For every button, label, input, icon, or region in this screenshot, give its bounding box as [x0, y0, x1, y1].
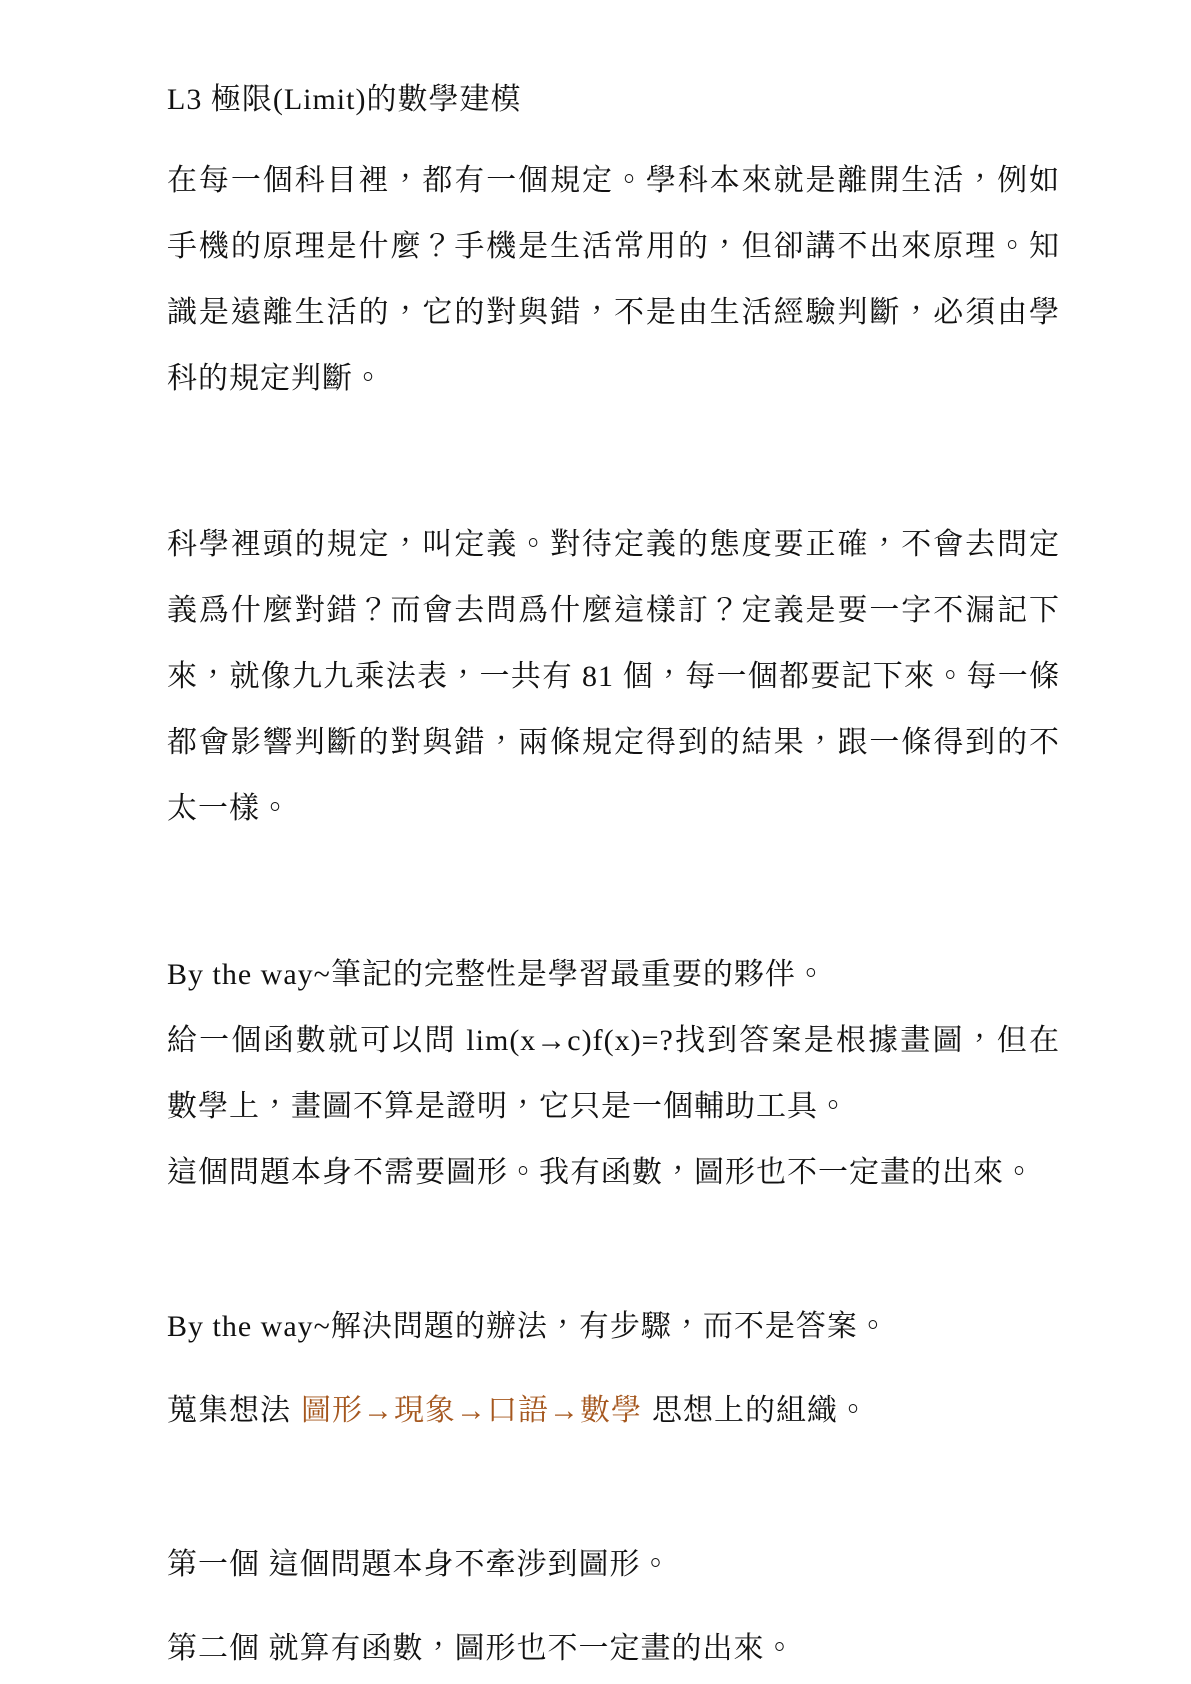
collect-ideas-line: 蒐集想法圖形→現象→口語→數學思想上的組織。	[167, 1378, 1060, 1444]
collect-ideas-suffix: 思想上的組織。	[652, 1394, 869, 1427]
paragraph-limit-question: 給一個函數就可以問 lim(x→c)f(x)=?找到答案是根據畫圖，但在數學上，…	[167, 1008, 1060, 1140]
paragraph-no-graph-needed: 這個問題本身不需要圖形。我有函數，圖形也不一定畫的出來。	[167, 1140, 1060, 1206]
collect-ideas-prefix: 蒐集想法	[167, 1394, 291, 1427]
paragraph-definition: 科學裡頭的規定，叫定義。對待定義的態度要正確，不會去問定義爲什麼對錯？而會去問爲…	[167, 512, 1060, 842]
point-two-line: 第二個 就算有函數，圖形也不一定畫的出來。	[167, 1616, 1060, 1682]
btw-notes-line: By the way~筆記的完整性是學習最重要的夥伴。	[167, 942, 1060, 1008]
collect-ideas-flow-highlight: 圖形→現象→口語→數學	[301, 1394, 642, 1427]
document-page: L3 極限(Limit)的數學建模 在每一個科目裡，都有一個規定。學科本來就是離…	[0, 0, 1191, 1684]
page-title: L3 極限(Limit)的數學建模	[167, 78, 1060, 122]
paragraph-subject-rules: 在每一個科目裡，都有一個規定。學科本來就是離開生活，例如手機的原理是什麼？手機是…	[167, 148, 1060, 412]
btw-method-line: By the way~解決問題的辦法，有步驟，而不是答案。	[167, 1294, 1060, 1360]
point-one-line: 第一個 這個問題本身不牽涉到圖形。	[167, 1532, 1060, 1598]
